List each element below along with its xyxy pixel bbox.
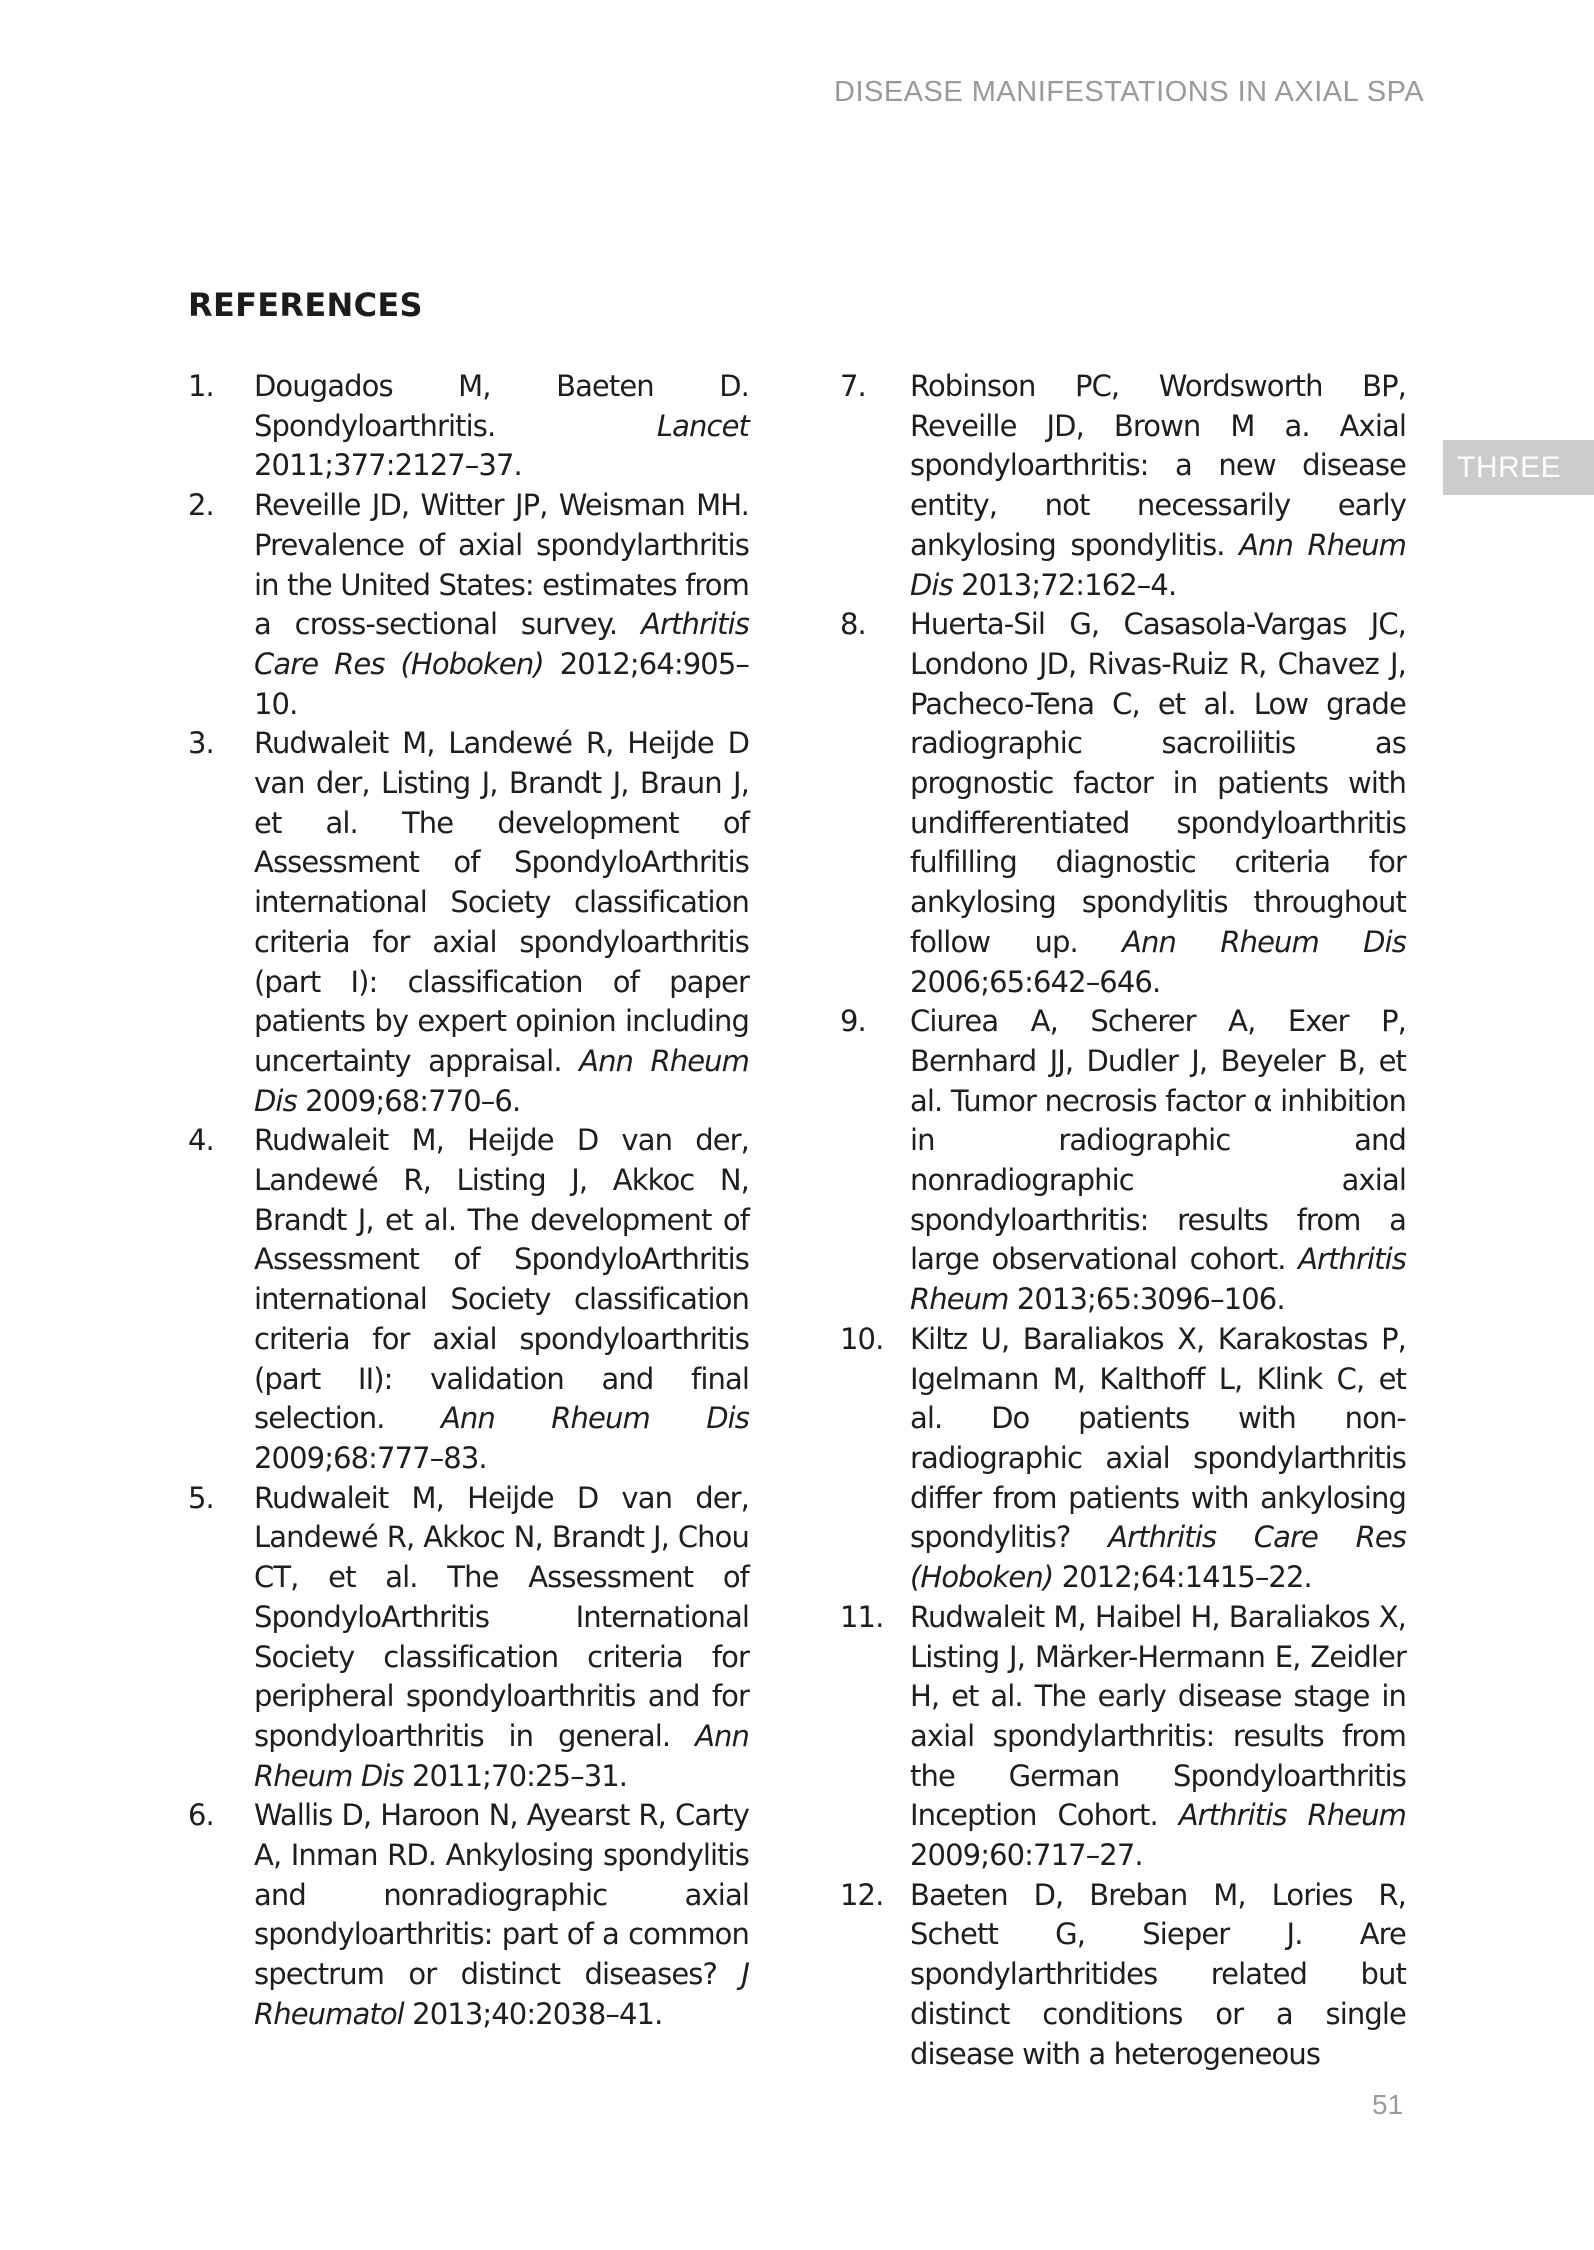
reference-number: 3. [188,724,214,764]
section-title: REFERENCES [188,286,423,324]
reference-number: 7. [840,367,866,407]
reference-text: Ciurea A, Scherer A, Exer P, Bernhard JJ… [910,1004,1406,1276]
reference-item: 1.Dougados M, Baeten D. Spondyloarthriti… [188,367,749,486]
reference-text: Rudwaleit M, Heijde D van der, Landewé R… [254,1481,749,1753]
reference-text: Huerta-Sil G, Casasola-Vargas JC, London… [910,607,1406,959]
reference-journal: Lancet [657,409,749,443]
reference-number: 4. [188,1121,214,1161]
reference-number: 10. [840,1320,883,1360]
reference-citation: 2012;64:1415–22. [1053,1560,1312,1594]
reference-text: Rudwaleit M, Heijde D van der, Landewé R… [254,1123,749,1435]
reference-citation: 2013;65:3096–106. [1009,1282,1285,1316]
reference-number: 6. [188,1796,214,1836]
reference-citation: 2009;68:770–6. [297,1084,521,1118]
page-number: 51 [1372,2089,1403,2121]
reference-number: 5. [188,1479,214,1519]
reference-citation: 2009;68:777–83. [254,1441,487,1475]
reference-item: 5.Rudwaleit M, Heijde D van der, Landewé… [188,1479,749,1797]
reference-item: 6.Wallis D, Haroon N, Ayearst R, Carty A… [188,1796,749,2034]
chapter-tab: THREE [1443,440,1594,495]
reference-item: 8.Huerta-Sil G, Casasola-Vargas JC, Lond… [840,605,1406,1002]
reference-text: Rudwaleit M, Landewé R, Heijde D van der… [254,726,749,1078]
reference-citation: 2009;60:717–27. [910,1838,1143,1872]
reference-citation: 2013;40:2038–41. [404,1997,663,2031]
reference-item: 11.Rudwaleit M, Haibel H, Baraliakos X, … [840,1598,1406,1876]
reference-journal: Arthritis Rheum [1179,1798,1406,1832]
reference-item: 9.Ciurea A, Scherer A, Exer P, Bernhard … [840,1002,1406,1320]
reference-text: Baeten D, Breban M, Lories R, Schett G, … [910,1878,1406,2071]
reference-citation: 2011;70:25–31. [404,1759,628,1793]
reference-item: 7.Robinson PC, Wordsworth BP, Reveille J… [840,367,1406,605]
reference-item: 4.Rudwaleit M, Heijde D van der, Landewé… [188,1121,749,1478]
reference-number: 1. [188,367,214,407]
reference-citation: 2011;377:2127–37. [254,448,522,482]
reference-number: 11. [840,1598,883,1638]
reference-item: 2.Reveille JD, Witter JP, Weisman MH. Pr… [188,486,749,724]
running-head: DISEASE MANIFESTATIONS IN AXIAL SPA [834,76,1424,109]
reference-text: Wallis D, Haroon N, Ayearst R, Carty A, … [254,1798,749,1991]
reference-journal: Ann Rheum Dis [441,1401,749,1435]
reference-citation: 2013;72:162–4. [953,568,1177,602]
reference-item: 3.Rudwaleit M, Landewé R, Heijde D van d… [188,724,749,1121]
reference-citation: 2006;65:642–646. [910,965,1160,999]
references-list-right: 7.Robinson PC, Wordsworth BP, Reveille J… [840,367,1406,2074]
reference-number: 12. [840,1876,883,1916]
reference-item: 10.Kiltz U, Baraliakos X, Karakostas P, … [840,1320,1406,1598]
reference-item: 12.Baeten D, Breban M, Lories R, Schett … [840,1876,1406,2075]
reference-number: 8. [840,605,866,645]
reference-number: 2. [188,486,214,526]
reference-journal: Ann Rheum Dis [1122,925,1406,959]
references-list-left: 1.Dougados M, Baeten D. Spondyloarthriti… [188,367,749,2035]
reference-number: 9. [840,1002,866,1042]
